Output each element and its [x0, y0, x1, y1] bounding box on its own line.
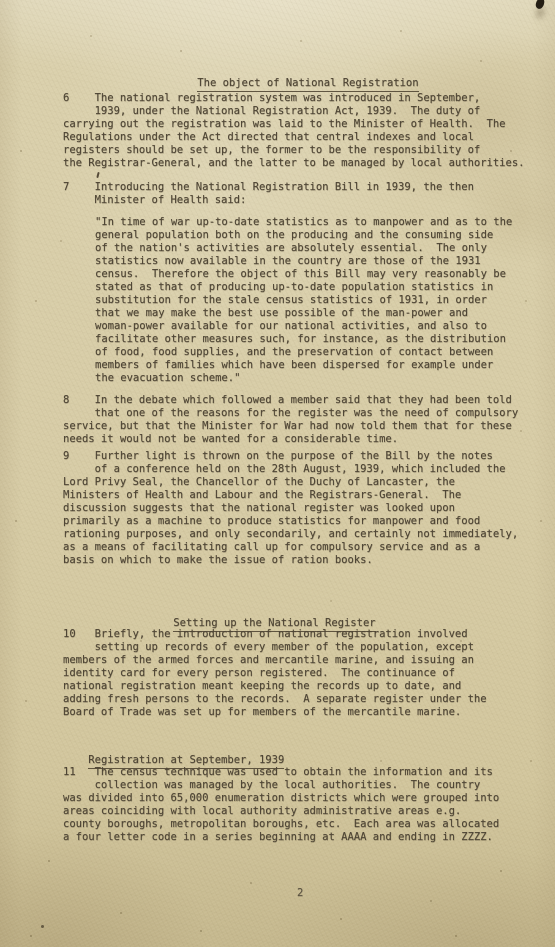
paragraph-9: 9 Further light is thrown on the purpose… [63, 450, 518, 567]
paper-specks [0, 0, 2, 2]
scanned-document-page: The object of National Registration 6 Th… [0, 0, 555, 947]
stray-dot [41, 925, 44, 928]
paragraph-8: 8 In the debate which followed a member … [63, 394, 518, 446]
ink-smudge-mark [535, 0, 545, 10]
heading-object-text: The object of National Registration [197, 77, 418, 92]
paragraph-10: 10 Briefly, the introduction of national… [63, 628, 487, 719]
paragraph-6: 6 The national registration system was i… [63, 92, 524, 170]
paragraph-7-quotation: "In time of war up-to-date statistics as… [95, 216, 512, 385]
paragraph-7: 7 Introducing the National Registration … [63, 181, 474, 207]
page-number: 2 [297, 887, 303, 899]
paragraph-11: 11 The census technique was used to obta… [63, 766, 499, 844]
stray-tick-mark [96, 172, 99, 178]
